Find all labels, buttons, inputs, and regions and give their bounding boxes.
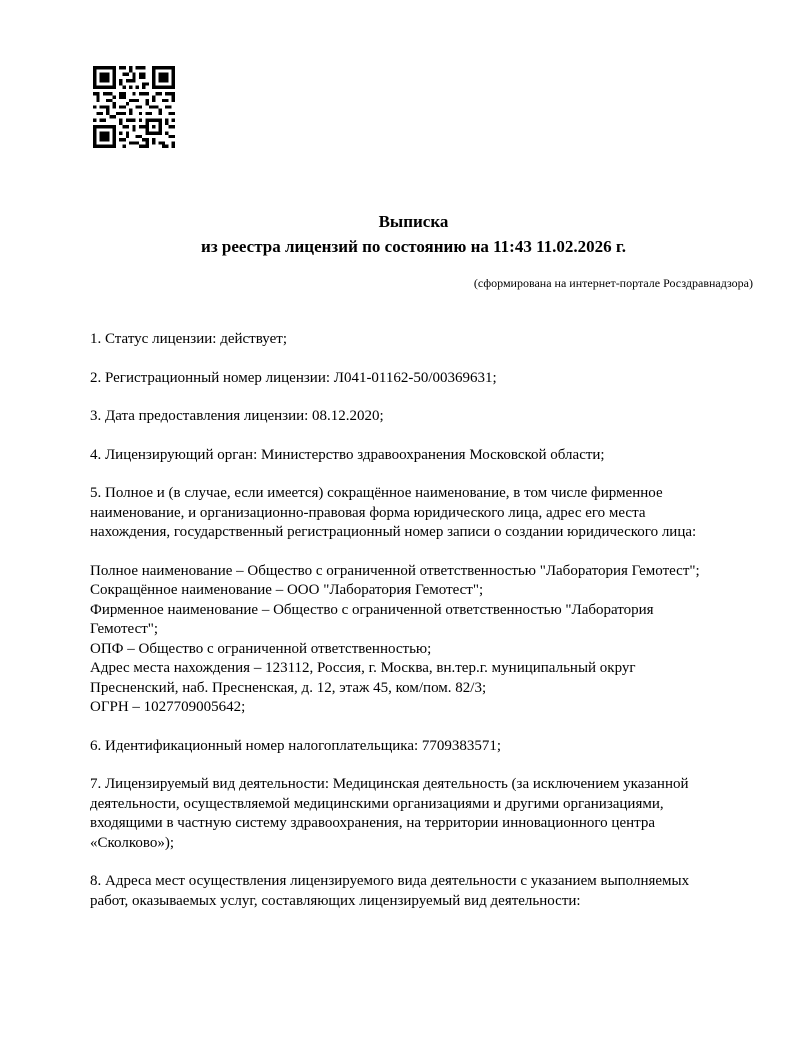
source-note: (сформирована на интернет-портале Росздр… bbox=[474, 275, 753, 291]
licensing-authority: 4. Лицензирующий орган: Министерство здр… bbox=[90, 446, 750, 466]
ogrn: ОГРН – 1027709005642; bbox=[90, 698, 750, 718]
brand-name-cont: Гемотест"; bbox=[90, 620, 750, 640]
text-line: деятельности, осуществляемой медицинским… bbox=[90, 795, 750, 815]
license-reg-number: 2. Регистрационный номер лицензии: Л041-… bbox=[90, 369, 750, 389]
licensed-activity: 7. Лицензируемый вид деятельности: Медиц… bbox=[90, 775, 750, 853]
text-line: входящими в частную систему здравоохране… bbox=[90, 814, 750, 834]
title-line-2: из реестра лицензий по состоянию на 11:4… bbox=[38, 234, 789, 259]
legal-form: ОПФ – Общество с ограниченной ответствен… bbox=[90, 640, 750, 660]
text-line: 5. Полное и (в случае, если имеется) сок… bbox=[90, 484, 750, 504]
license-issue-date: 3. Дата предоставления лицензии: 08.12.2… bbox=[90, 407, 750, 427]
brand-name: Фирменное наименование – Общество с огра… bbox=[90, 601, 750, 621]
text-line: работ, оказываемых услуг, составляющих л… bbox=[90, 892, 750, 912]
qr-code-icon bbox=[93, 66, 175, 148]
address: Адрес места нахождения – 123112, Россия,… bbox=[90, 659, 750, 679]
document-body: 1. Статус лицензии: действует; 2. Регист… bbox=[90, 330, 750, 930]
taxpayer-id: 6. Идентификационный номер налогоплатель… bbox=[90, 737, 750, 757]
text-line: 8. Адреса мест осуществления лицензируем… bbox=[90, 872, 750, 892]
license-status: 1. Статус лицензии: действует; bbox=[90, 330, 750, 350]
document-title: Выписка из реестра лицензий по состоянию… bbox=[0, 209, 789, 259]
text-line: наименование, и организационно-правовая … bbox=[90, 504, 750, 524]
organization-details: Полное наименование – Общество с огранич… bbox=[90, 562, 750, 718]
address-cont: Пресненский, наб. Пресненская, д. 12, эт… bbox=[90, 679, 750, 699]
title-line-1: Выписка bbox=[38, 209, 789, 234]
text-line: 7. Лицензируемый вид деятельности: Медиц… bbox=[90, 775, 750, 795]
names-section-intro: 5. Полное и (в случае, если имеется) сок… bbox=[90, 484, 750, 543]
short-name: Сокращённое наименование – ООО "Лаборато… bbox=[90, 581, 750, 601]
full-name: Полное наименование – Общество с огранич… bbox=[90, 562, 750, 582]
activity-addresses: 8. Адреса мест осуществления лицензируем… bbox=[90, 872, 750, 911]
text-line: «Сколково»); bbox=[90, 834, 750, 854]
text-line: нахождения, государственный регистрацион… bbox=[90, 523, 750, 543]
